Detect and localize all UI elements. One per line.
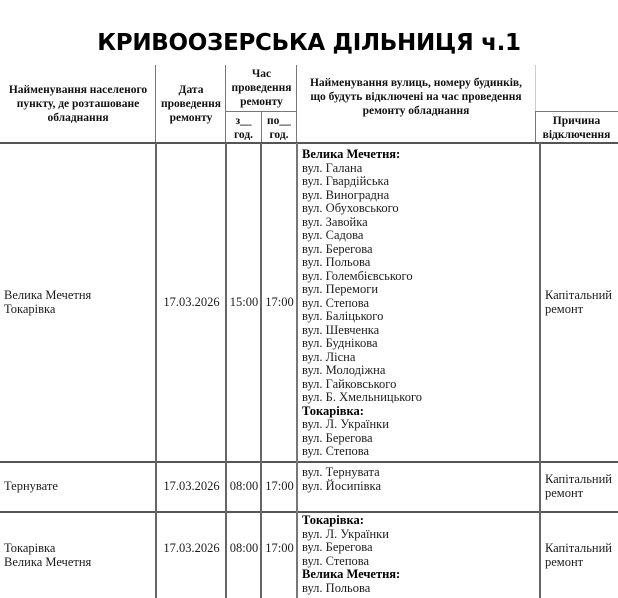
street-item: вул. Баліцького	[302, 310, 422, 324]
cell-settlement-line: Токарівка	[4, 303, 91, 317]
cell-reason-line: Капітальний	[545, 289, 612, 303]
cell-time-from: 15:00	[227, 144, 261, 461]
cell-settlement: ТокарівкаВелика Мечетня	[0, 512, 156, 598]
cell-settlement-line: Тернувате	[4, 480, 58, 494]
cell-settlement-line: Велика Мечетня	[4, 289, 91, 303]
street-item: вул. Берегова	[302, 243, 422, 257]
street-item: вул. Л. Українки	[302, 528, 400, 542]
street-item: вул. Польова	[302, 582, 400, 596]
street-item: вул. Буднікова	[302, 337, 422, 351]
cell-reason-line: ремонт	[545, 556, 612, 570]
street-item: вул. Гайковського	[302, 378, 422, 392]
cell-reason: Капітальнийремонт	[541, 512, 618, 598]
street-item: вул. Завойка	[302, 216, 422, 230]
street-item: вул. Польова	[302, 256, 422, 270]
cell-time-to: 17:00	[262, 144, 297, 461]
cell-time-to: 17:00	[262, 462, 297, 511]
header-date: Дата проведення ремонту	[156, 65, 226, 143]
street-group-label: Токарівка:	[302, 514, 400, 528]
cell-settlement-line: Токарівка	[4, 542, 91, 556]
street-item: вул. Галана	[302, 162, 422, 176]
street-item: вул. Перемоги	[302, 283, 422, 297]
cell-reason: Капітальнийремонт	[541, 462, 618, 511]
header-streets: Найменування вулиць, номеру будинків, що…	[297, 65, 535, 129]
cell-settlement-line: Велика Мечетня	[4, 556, 91, 570]
cell-streets: Токарівка:вул. Л. Українкивул. Береговав…	[298, 512, 540, 598]
cell-date: 17.03.2026	[157, 462, 226, 511]
street-item: вул. Лісна	[302, 351, 422, 365]
cell-date: 17.03.2026	[157, 144, 226, 461]
cell-date: 17.03.2026	[157, 512, 226, 598]
cell-reason: Капітальнийремонт	[541, 144, 618, 461]
header-settlement: Найменування населеного пункту, де розта…	[0, 65, 156, 143]
cell-time-from: 08:00	[227, 462, 261, 511]
street-item: вул. Б. Хмельницького	[302, 391, 422, 405]
cell-reason-line: ремонт	[545, 487, 612, 501]
cell-reason-line: ремонт	[545, 303, 612, 317]
street-group-label: Велика Мечетня:	[302, 568, 400, 582]
cell-reason-line: Капітальний	[545, 542, 612, 556]
cell-settlement: Тернувате	[0, 462, 156, 511]
street-item: вул. Обуховського	[302, 202, 422, 216]
cell-reason-line: Капітальний	[545, 473, 612, 487]
cell-streets: Велика Мечетня:вул. Галанавул. Гвардійсь…	[298, 144, 540, 461]
header-time: Час проведення ремонту	[226, 65, 297, 111]
street-item: вул. Садова	[302, 229, 422, 243]
street-item: вул. Виноградна	[302, 189, 422, 203]
street-group-label: Велика Мечетня:	[302, 148, 422, 162]
header-reason: Причина відключення	[535, 112, 618, 143]
street-item: вул. Берегова	[302, 541, 400, 555]
street-item: вул. Голембієвського	[302, 270, 422, 284]
street-item: вул. Степова	[302, 445, 422, 459]
street-item: вул. Тернувата	[302, 466, 381, 480]
cell-settlement: Велика МечетняТокарівка	[0, 144, 156, 461]
header-time-to: по__ год.	[261, 112, 297, 143]
street-item: вул. Гвардійська	[302, 175, 422, 189]
page-title: КРИВООЗЕРСЬКА ДІЛЬНИЦЯ ч.1	[0, 30, 618, 56]
header-time-from: з__ год.	[226, 112, 261, 143]
street-item: вул. Степова	[302, 297, 422, 311]
cell-time-from: 08:00	[227, 512, 261, 598]
street-item: вул. Молодіжна	[302, 364, 422, 378]
cell-streets: вул. Тернуватавул. Йосипівка	[298, 462, 540, 511]
street-group-label: Токарівка:	[302, 405, 422, 419]
street-item: вул. Берегова	[302, 432, 422, 446]
street-item: вул. Степова	[302, 555, 400, 569]
street-item: вул. Йосипівка	[302, 480, 381, 494]
street-item: вул. Шевченка	[302, 324, 422, 338]
street-item: вул. Л. Українки	[302, 418, 422, 432]
cell-time-to: 17:00	[262, 512, 297, 598]
